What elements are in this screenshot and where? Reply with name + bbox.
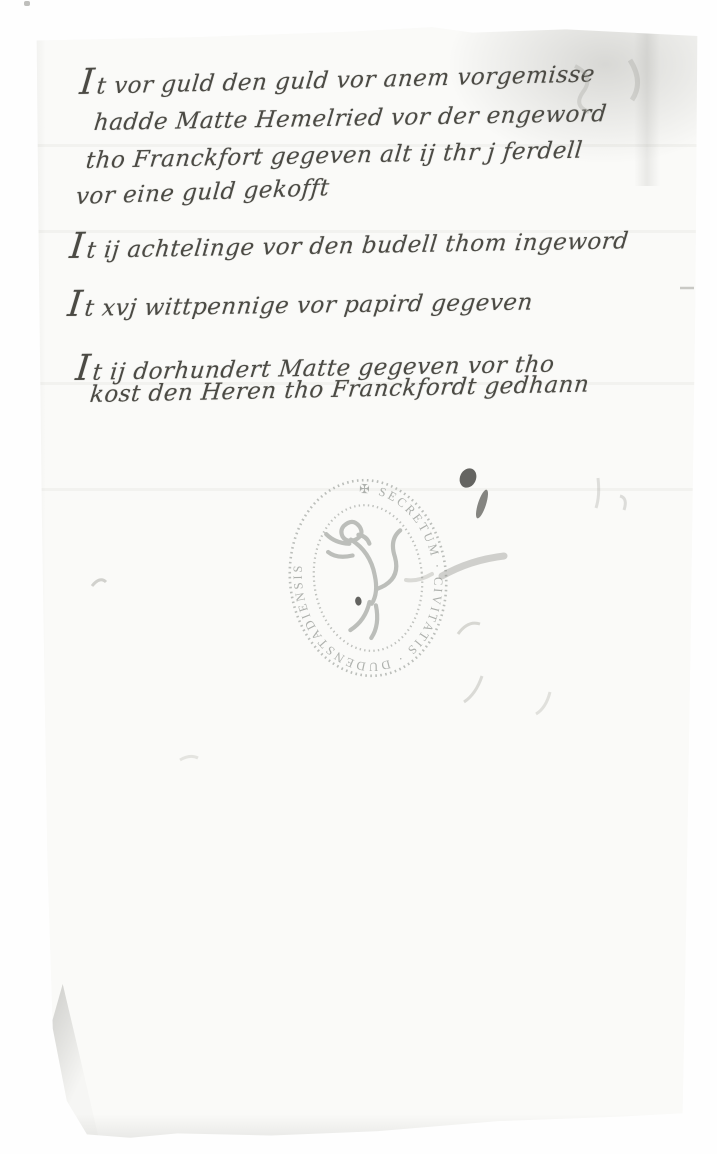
seal-inner-beaded-ring — [307, 500, 430, 656]
ink-blot — [457, 466, 480, 491]
lion-hindleg — [368, 605, 380, 638]
torn-corner-fold — [43, 984, 101, 1148]
handwritten-line: hadde Matte Hemelried vor der engeword — [93, 101, 608, 136]
showthrough-stroke — [596, 478, 599, 508]
paper-crease — [634, 26, 660, 186]
handwritten-line: It vor guld den guld vor anem vorgemisse — [78, 49, 597, 103]
handwritten-line: It xvj wittpennige vor papird gegeven — [66, 277, 536, 325]
seal-legend-text: ✠ SECRETUM · CIVITATIS · DUDENSTADIENSIS — [283, 474, 453, 682]
paper-left-edge-shading — [30, 26, 46, 1140]
handwritten-line: It ij achtelinge vor den budell thom ing… — [68, 216, 631, 267]
seal-outer-beaded-ring — [283, 472, 453, 683]
handwritten-line: vor eine guld gekofft — [75, 175, 331, 210]
showthrough-stroke — [180, 756, 198, 760]
lion-mane — [358, 534, 369, 545]
showthrough-stroke — [620, 496, 625, 510]
document-scan: It vor guld den guld vor anem vorgemisse… — [0, 0, 717, 1154]
showthrough-stroke — [458, 623, 480, 634]
seal-legend: ✠ SECRETUM · CIVITATIS · DUDENSTADIENSIS — [283, 474, 453, 682]
ink-speck — [92, 580, 106, 586]
lion-hindleg — [348, 602, 373, 630]
city-seal-stamp: ✠ SECRETUM · CIVITATIS · DUDENSTADIENSIS — [283, 472, 453, 684]
showthrough-stroke — [536, 692, 550, 714]
lion-body — [351, 537, 378, 605]
manuscript-page: It vor guld den guld vor anem vorgemisse… — [30, 26, 700, 1140]
ink-blot — [474, 488, 491, 519]
paper-bottom-edge-shading — [77, 1114, 680, 1140]
showthrough-stroke — [630, 60, 638, 100]
lion-foreleg — [328, 550, 353, 559]
showthrough-stroke — [464, 676, 482, 702]
lion-rampant-icon — [325, 517, 411, 642]
ink-dot — [355, 596, 362, 606]
seal-group: ✠ SECRETUM · CIVITATIS · DUDENSTADIENSIS — [283, 472, 453, 683]
scan-speck — [24, 1, 30, 6]
